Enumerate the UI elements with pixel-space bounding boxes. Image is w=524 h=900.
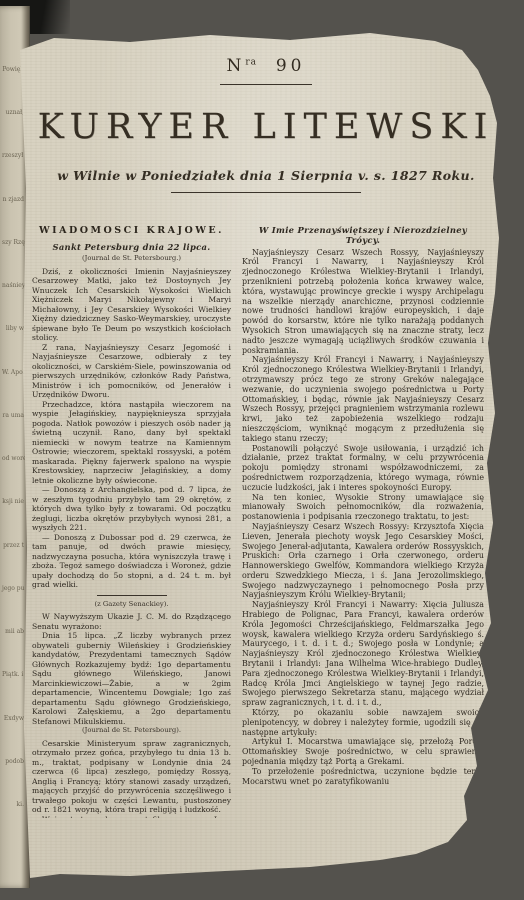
article-paragraph: Przechadzce, która nastąpiła wieczorem n… (32, 400, 231, 486)
article-paragraph: Cesarskie Ministeryum spraw zagranicznyc… (32, 739, 231, 815)
masthead: Nra 90 KURYER LITEWSKI w Wilnie w Ponied… (20, 28, 512, 193)
page-edge-text-fragment: Powięk (2, 66, 24, 73)
article-dateline: Sankt Petersburg dnia 22 lipca. (32, 243, 231, 253)
page-edge-text-fragment: ksji nie (2, 498, 24, 505)
issue-number-value: 90 (276, 56, 306, 76)
article-paragraph: Dziś, z okoliczności Imienin Nayjaśnieys… (32, 267, 231, 343)
article-paragraph: Na ten koniec, Wysokie Strony umawiające… (242, 493, 484, 522)
article-paragraph: Ważna ta tranzakcya, zaratyfikowana prze… (32, 815, 231, 819)
issue-number: Nra 90 (20, 56, 512, 76)
page-edge-text-fragment: mii ab (2, 628, 24, 635)
page-edge-text-fragment: jego pu (2, 585, 24, 592)
dateline-rule (171, 192, 361, 193)
page-edge-text-fragment: rzeszył k (2, 152, 24, 159)
newspaper-title: KURYER LITEWSKI (20, 107, 512, 147)
right-column: W Imie Przenayświętszey i Nierozdzielney… (242, 226, 484, 818)
page-edge-text-fragment: przez t (2, 542, 24, 549)
page-edge-text-fragment: podob (2, 758, 24, 765)
newspaper-page: Nra 90 KURYER LITEWSKI w Wilnie w Ponied… (20, 28, 512, 884)
page-edge-text-fragment: uznał, (2, 109, 24, 116)
article-paragraph: Nayjaśnieyszy Król Francyi i Nawarry, i … (242, 355, 484, 443)
source-citation: (z Gazety Senackiey). (32, 600, 231, 610)
page-edge-text-fragment: n zjazd (2, 196, 24, 203)
separator-rule (97, 595, 167, 596)
left-column: WIADOMOŚCI KRAJOWE.Sankt Petersburg dnia… (32, 226, 231, 818)
page-edge-text-fragment: ki. (2, 801, 24, 808)
article-paragraph: Nayjaśnieyszy Cesarz Wszech Rossyy: Krzy… (242, 522, 484, 600)
source-citation: (Journal de St. Petersbourg). (32, 726, 231, 736)
page-edge-text-fragment: szy Rzę (2, 239, 24, 246)
article-paragraph: Nayjaśnieyszy Cesarz Wszech Rossyy, Nayj… (242, 248, 484, 356)
photo-of-newspaper: { "page": { "paper_color": "#d8d2c1", "b… (0, 0, 524, 900)
page-edge-text-fragment: ra uma (2, 412, 24, 419)
article-dateline: W Imie Przenayświętszey i Nierozdzielney… (242, 226, 484, 246)
article-paragraph: Nayjaśnieyszy Król Francyi i Nawarry: Xi… (242, 600, 484, 708)
article-paragraph: — Donoszą z Dubossar pod d. 29 czerwca, … (32, 533, 231, 590)
section-heading: WIADOMOŚCI KRAJOWE. (32, 226, 231, 236)
article-columns: WIADOMOŚCI KRAJOWE.Sankt Petersburg dnia… (32, 226, 484, 818)
page-edge-text-fragment: naśniey (2, 282, 24, 289)
page-edge-text-fragment: W. Apol (2, 369, 24, 376)
source-citation: (Journal de St. Petersbourg.) (32, 254, 231, 264)
page-edge-text-fragment: Piątk. i K (2, 671, 24, 678)
article-paragraph: Dnia 15 lipca. „Z liczby wybranych przez… (32, 631, 231, 726)
article-paragraph: — Donoszą z Archangielska, pod d. 7 lipc… (32, 485, 231, 533)
issue-rule (220, 84, 312, 85)
page-edge-text-fragment: Exdyw (2, 715, 24, 722)
article-paragraph: Z rana, Nayjaśnieyszy Cesarz Jegomość i … (32, 343, 231, 400)
article-paragraph: Postanowili połączyć Swoje usiłowania, i… (242, 444, 484, 493)
article-paragraph: W Naywyższym Ukazie J. C. M. do Rządzące… (32, 612, 231, 631)
article-paragraph: Którzy, po okazaniu sobie nawzajem swoic… (242, 708, 484, 737)
masthead-dateline: w Wilnie w Poniedziałek dnia 1 Sierpnia … (20, 168, 512, 183)
page-edge-text-fragment: liby w (2, 325, 24, 332)
article-paragraph: To przełożenie pośrednictwa, uczynione b… (242, 767, 484, 787)
page-edge-text-fragment: od wore (2, 455, 24, 462)
issue-superscript: ra (245, 57, 257, 67)
article-paragraph: Artykuł I. Mocarstwa umawiające się, prz… (242, 737, 484, 766)
